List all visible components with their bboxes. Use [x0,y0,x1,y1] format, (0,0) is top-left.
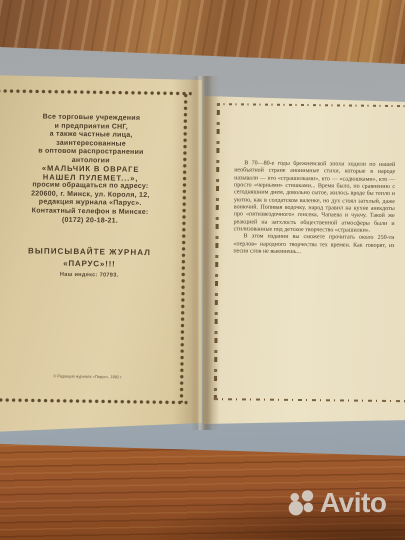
avito-watermark: Avito [288,489,386,517]
subscription-index: Наш индекс: 70793. [3,271,175,279]
ornament-border-left [214,103,220,401]
ornament-border-top [217,103,405,107]
listing-photo: Все торговые учреждения и предприятия СН… [0,0,405,540]
afterword-text: В 70—80-е годы брежневской эпохи ходили … [233,160,395,257]
afterword-paragraph: В 70—80-е годы брежневской эпохи ходили … [234,160,396,235]
avito-logo-icon [288,490,315,517]
subscribe-journal-name: «ПАРУС»!!! [3,258,175,269]
copyright-note: © Редакция журнала «Парус», 1992 г. [31,374,145,380]
right-page-content: В 70—80-е годы брежневской эпохи ходили … [201,94,405,428]
avito-wordmark: Avito [320,489,386,517]
wood-background-top [0,0,405,70]
book-right-page: В 70—80-е годы брежневской эпохи ходили … [204,94,405,426]
distribution-notice: Все торговые учреждения и предприятия СН… [4,113,178,227]
subscribe-block: ВЫПИСЫВАЙТЕ ЖУРНАЛ «ПАРУС»!!! Наш индекс… [3,246,175,279]
dotted-border-bottom [0,397,187,406]
book-left-page: Все торговые учреждения и предприятия СН… [0,74,202,432]
dotted-border-right [178,92,188,402]
dotted-border-top [0,88,192,97]
address-line: (0172) 20-18-21. [4,216,176,227]
ornament-border-bottom [214,398,405,402]
subscribe-heading: ВЫПИСЫВАЙТЕ ЖУРНАЛ [3,246,175,257]
left-page-content: Все торговые учреждения и предприятия СН… [0,74,190,435]
afterword-paragraph: В этом издании вы сможете прочитать окол… [233,234,394,258]
